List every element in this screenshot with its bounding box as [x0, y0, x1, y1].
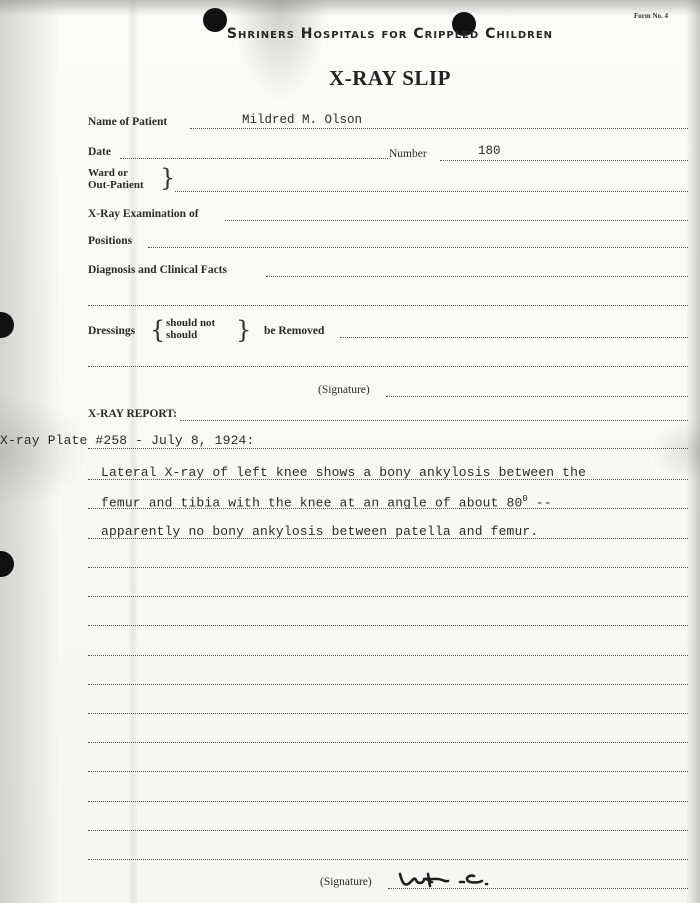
report-line-0: [88, 448, 688, 449]
report-line-2: [88, 508, 688, 509]
blank-report-line[interactable]: [88, 742, 688, 743]
brace-open-icon: {: [150, 316, 165, 344]
blank-report-line[interactable]: [88, 684, 688, 685]
blank-report-line[interactable]: [88, 596, 688, 597]
number-label: Number: [389, 148, 427, 160]
scan-shadow-right: [686, 0, 700, 903]
xray-report-line: [180, 420, 688, 421]
xray-plate-line: X-ray Plate #258 - July 8, 1924:: [0, 433, 254, 448]
blank-report-line[interactable]: [88, 713, 688, 714]
xray-report-label: X-RAY REPORT:: [88, 408, 177, 420]
xray-examination-line: [225, 220, 688, 221]
number-line: [440, 160, 688, 161]
blank-report-line[interactable]: [88, 567, 688, 568]
report-line-1: [88, 479, 688, 480]
paper-crease: [128, 0, 138, 903]
name-of-patient-label: Name of Patient: [88, 116, 167, 128]
xray-slip-page: Form No. 4 Shriners Hospitals for Crippl…: [0, 0, 700, 903]
organization-name: Shriners Hospitals for Crippled Children: [0, 26, 700, 42]
dressings-line: [340, 337, 688, 338]
report-signature-label: (Signature): [320, 876, 372, 888]
diagnosis-label: Diagnosis and Clinical Facts: [88, 264, 227, 276]
blank-report-line[interactable]: [88, 655, 688, 656]
positions-label: Positions: [88, 235, 132, 247]
dressings-option-should[interactable]: should: [166, 330, 197, 341]
document-title: X-RAY SLIP: [0, 66, 700, 91]
blank-report-line[interactable]: [88, 801, 688, 802]
diagnosis-line: [266, 276, 688, 277]
blank-report-line[interactable]: [88, 859, 688, 860]
handwritten-signature-icon: [398, 870, 518, 892]
dressings-line-2: [88, 366, 688, 367]
name-of-patient-line: [190, 128, 688, 129]
date-label: Date: [88, 146, 111, 158]
report-text-line-3: apparently no bony ankylosis between pat…: [101, 524, 538, 539]
scan-shadow-left: [0, 0, 60, 903]
report-line-3: [88, 538, 688, 539]
signature-label: (Signature): [318, 384, 370, 396]
blank-report-line[interactable]: [88, 830, 688, 831]
dressings-option-should-not[interactable]: should not: [166, 318, 215, 329]
diagnosis-line-2: [88, 305, 688, 306]
xray-examination-label: X-Ray Examination of: [88, 208, 199, 220]
dressings-label: Dressings: [88, 325, 135, 337]
dressings-suffix: be Removed: [264, 325, 324, 337]
brace-icon: }: [160, 164, 175, 192]
positions-line: [148, 247, 688, 248]
ward-line: [175, 191, 688, 192]
brace-close-icon: }: [236, 316, 251, 344]
report-text-line-1: Lateral X-ray of left knee shows a bony …: [101, 465, 586, 480]
number-value[interactable]: 180: [478, 144, 501, 158]
blank-report-line[interactable]: [88, 625, 688, 626]
blank-report-line[interactable]: [88, 771, 688, 772]
ward-label-line1: Ward or: [88, 168, 128, 179]
scan-shadow-top: [0, 0, 700, 16]
ward-label-line2: Out-Patient: [88, 180, 144, 191]
name-of-patient-value[interactable]: Mildred M. Olson: [242, 113, 362, 127]
signature-line[interactable]: [386, 396, 688, 397]
date-line: [120, 158, 388, 159]
form-number: Form No. 4: [634, 12, 668, 20]
